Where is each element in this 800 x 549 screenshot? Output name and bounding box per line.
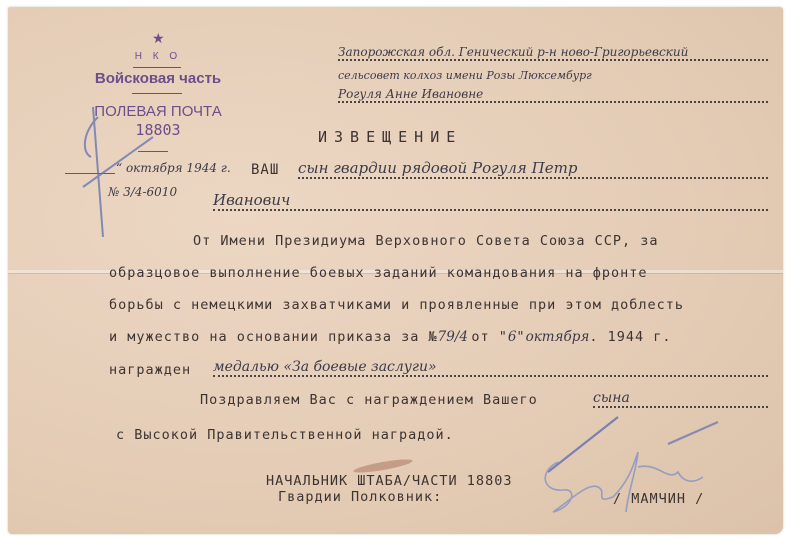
- handwritten-signature: [518, 412, 738, 522]
- stamp-divider: [133, 67, 181, 68]
- signatory-rank: Гвардии Полковник:: [278, 489, 442, 505]
- order-month: октября: [526, 329, 590, 345]
- body-line-2: образцовое выполнение боевых заданий ком…: [109, 265, 648, 281]
- order-year: . 1944 г.: [589, 329, 671, 345]
- document-title: ИЗВЕЩЕНИЕ: [318, 128, 462, 146]
- address-line-3: Рогуля Анне Ивановне: [338, 87, 768, 103]
- address-line-2: сельсовет колхоз имени Розы Люксембург: [338, 69, 592, 82]
- stamp-unit-label: Войсковая часть: [78, 70, 238, 87]
- recipient-prefix: ВАШ: [251, 162, 279, 178]
- order-number: 79/4: [438, 329, 468, 345]
- stamp-org: Н К О: [118, 51, 198, 62]
- star-icon: ★: [152, 33, 166, 47]
- congrats-relation: сына: [593, 390, 768, 408]
- body-line-5: награжден: [109, 362, 191, 378]
- awarded-label: награжден: [109, 362, 191, 378]
- order-prefix: и мужество на основании приказа за №: [109, 329, 438, 345]
- body-line-3: борьбы с немецкими захватчиками и проявл…: [109, 297, 684, 313]
- award-name: медалью «За боевые заслуги»: [213, 359, 768, 377]
- recipient-handwritten-line2: Иванович: [213, 191, 768, 211]
- congrats-prefix: Поздравляем Вас с награждением Вашего: [200, 392, 538, 408]
- address-line-1: Запорожская обл. Генический р-н ново-Гри…: [338, 45, 768, 61]
- body-line-1: От Имени Президиума Верховного Совета Со…: [193, 233, 659, 249]
- pencil-mark: [63, 97, 183, 237]
- congrats-end: с Высокой Правительственной наградой.: [116, 427, 454, 443]
- recipient-handwritten: сын гвардии рядовой Рогуля Петр: [298, 159, 768, 179]
- order-from: от ": [471, 329, 508, 345]
- stamp-divider: [132, 93, 182, 94]
- notice-document: ★ Н К О Войсковая часть ПОЛЕВАЯ ПОЧТА 18…: [8, 7, 783, 534]
- body-line-4: и мужество на основании приказа за №79/4…: [109, 329, 671, 345]
- signatory-position: НАЧАЛЬНИК ШТАБА/ЧАСТИ 18803: [266, 473, 512, 489]
